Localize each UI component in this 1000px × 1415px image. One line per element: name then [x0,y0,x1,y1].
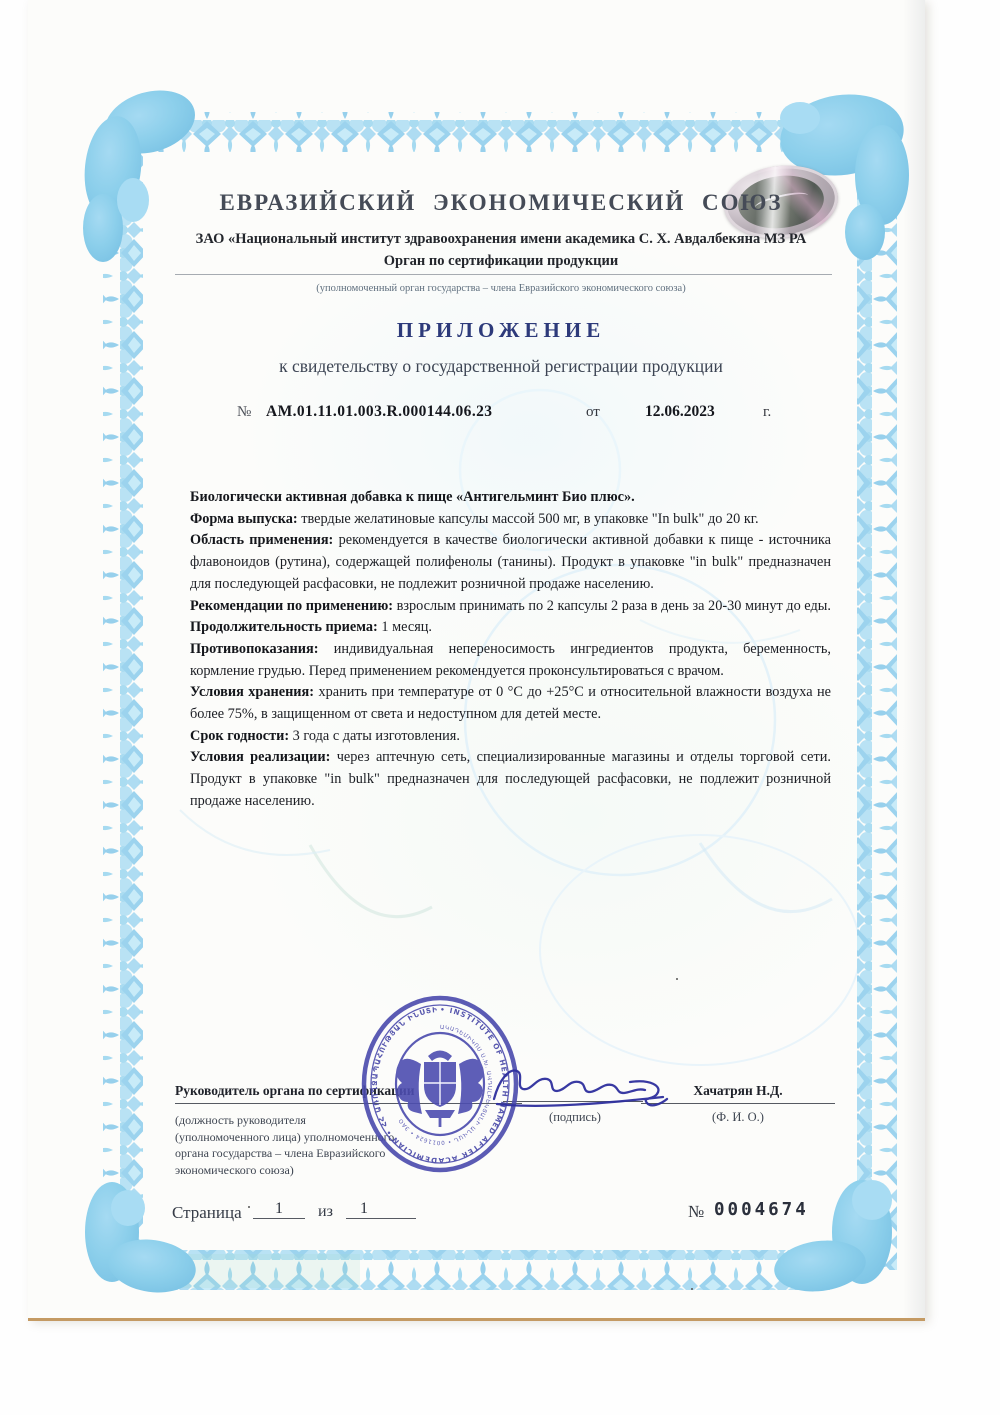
reg-number-label: № [237,404,251,421]
org-department: Орган по сертификации продукции [147,253,855,270]
scan-speck [691,1288,693,1290]
org-note: (уполномоченный орган государства – член… [147,283,855,294]
paragraph-storage: Условия хранения: хранить при температур… [190,682,831,725]
paragraph-duration: Продолжительность приема: 1 месяц. [190,617,831,639]
page-total: 1 [346,1200,416,1219]
role-title: Руководитель органа по сертификации [175,1083,522,1104]
scan-speck [676,978,678,980]
corner-blob-bottom-right [771,1180,892,1296]
header-rule [175,274,832,275]
paragraph-application-area: Область применения: рекомендуется в каче… [190,530,831,595]
name-caption: (Ф. И. О.) [641,1110,835,1125]
page-current: 1 [253,1200,305,1219]
union-title: ЕВРАЗИЙСКИЙ ЭКОНОМИЧЕСКИЙ СОЮЗ [147,190,855,216]
blank-number-label: № [688,1202,704,1222]
reg-number-value: АМ.01.11.01.003.R.000144.06.23 [266,403,492,421]
paragraph-product: Биологически активная добавка к пище «Ан… [190,487,831,509]
lace-border-top [140,112,840,152]
blank-number: 0004674 [714,1200,809,1220]
scanned-certificate-page: ЕВРАЗИЙСКИЙ ЭКОНОМИЧЕСКИЙ СОЮЗ ЗАО «Наци… [0,0,1000,1415]
lace-border-right [857,130,897,1270]
date-preposition: от [586,404,600,421]
document-subtitle: к свидетельству о государственной регист… [147,356,855,377]
paragraph-form: Форма выпуска: твердые желатиновые капсу… [190,509,831,531]
page-label: Страница [172,1203,242,1223]
signature-line [503,1101,643,1102]
paragraph-sales-conditions: Условия реализации: через аптечную сеть,… [190,747,831,812]
org-name: ЗАО «Национальный институт здравоохранен… [147,231,855,248]
signature-caption: (подпись) [520,1110,630,1125]
page-of-label: из [318,1203,333,1221]
paragraph-contraindications: Противопоказания: индивидуальная неперен… [190,639,831,682]
corner-blob-bottom-left [85,1182,199,1298]
signer-name: Хачатрян Н.Д. [641,1083,835,1104]
year-suffix: г. [763,404,771,421]
scan-speck [248,1206,250,1208]
document-title: ПРИЛОЖЕНИЕ [147,318,855,343]
date-value: 12.06.2023 [645,403,715,421]
lace-border-left [103,130,143,1270]
role-note: (должность руководителя (уполномоченного… [175,1112,435,1178]
paragraph-shelf-life: Срок годности: 3 года с даты изготовлени… [190,726,831,748]
body-text: Биологически активная добавка к пище «Ан… [190,487,831,813]
paragraph-recommendations: Рекомендации по применению: взрослым при… [190,596,831,618]
